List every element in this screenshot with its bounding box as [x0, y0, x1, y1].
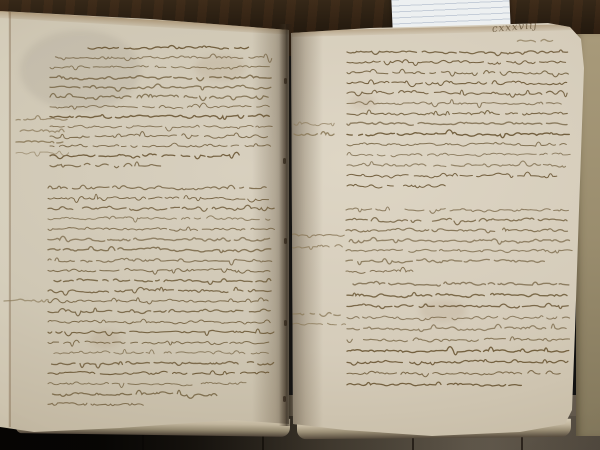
- script-line: [349, 238, 569, 245]
- script-line: [291, 234, 344, 238]
- script-line: [347, 172, 557, 178]
- script-line: [48, 319, 270, 324]
- script-line: [48, 287, 271, 295]
- script-line: [48, 298, 268, 304]
- script-line: [347, 60, 566, 66]
- script-line: [50, 75, 271, 80]
- binding-stitch: [284, 320, 287, 326]
- script-line: [347, 184, 445, 188]
- script-line: [347, 122, 567, 125]
- script-line: [347, 110, 567, 115]
- script-line: [293, 323, 346, 325]
- script-line: [48, 236, 269, 241]
- script-line: [48, 268, 270, 274]
- script-line: [48, 216, 270, 222]
- script-line: [50, 143, 271, 147]
- binding-stitch: [284, 238, 287, 244]
- script-line: [347, 337, 570, 343]
- script-line: [16, 141, 63, 143]
- script-line: [347, 100, 566, 108]
- script-line: [50, 103, 269, 109]
- script-line: [16, 151, 69, 156]
- script-line: [347, 90, 567, 97]
- script-line: [294, 132, 334, 136]
- binding-stitch: [284, 78, 287, 84]
- script-line: [50, 66, 269, 70]
- script-line: [291, 245, 342, 250]
- script-line: [50, 152, 239, 158]
- book-gutter-crease: [279, 24, 293, 426]
- script-line: [347, 382, 521, 386]
- script-line: [346, 267, 413, 273]
- script-line: [347, 142, 566, 146]
- script-line: [50, 132, 272, 139]
- script-line: [48, 205, 274, 211]
- script-line: [294, 122, 334, 126]
- script-line: [347, 50, 568, 56]
- script-line: [50, 125, 272, 131]
- script-line: [347, 80, 567, 87]
- script-line: [48, 382, 246, 387]
- script-line: [48, 194, 269, 202]
- script-line: [517, 39, 552, 41]
- script-line: [346, 249, 572, 253]
- script-line: [4, 299, 48, 302]
- script-line: [347, 360, 568, 366]
- script-line: [347, 161, 566, 167]
- script-line: [346, 228, 568, 233]
- script-line: [347, 347, 569, 355]
- binding-stitch: [283, 396, 286, 402]
- script-line: [347, 371, 560, 377]
- script-line: [48, 371, 269, 375]
- script-line: [50, 94, 268, 101]
- script-line: [48, 258, 272, 265]
- script-line: [54, 349, 268, 354]
- script-line: [48, 227, 275, 231]
- script-line: [48, 329, 274, 336]
- photo-open-manuscript: cxxxviij: [0, 0, 600, 450]
- script-line: [55, 54, 271, 62]
- script-line: [347, 69, 568, 77]
- script-line: [53, 390, 217, 398]
- script-line: [50, 84, 271, 91]
- script-line: [88, 46, 249, 50]
- script-line: [52, 361, 274, 367]
- script-line: [347, 130, 569, 138]
- script-line: [346, 218, 567, 225]
- script-line: [346, 207, 568, 213]
- script-line: [347, 292, 567, 297]
- script-line: [293, 313, 346, 317]
- script-line: [48, 185, 271, 190]
- script-line: [347, 324, 566, 331]
- script-line: [347, 303, 568, 308]
- script-line: [48, 247, 271, 253]
- script-line: [48, 308, 270, 316]
- script-line: [347, 316, 570, 321]
- script-line: [50, 162, 161, 168]
- script-line: [48, 340, 269, 346]
- script-line: [347, 152, 570, 156]
- script-line: [48, 403, 143, 406]
- script-line: [54, 279, 271, 285]
- binding-stitch: [283, 158, 286, 164]
- script-line: [353, 281, 569, 286]
- script-line: [50, 114, 269, 119]
- script-line: [20, 129, 64, 132]
- script-line: [346, 259, 544, 265]
